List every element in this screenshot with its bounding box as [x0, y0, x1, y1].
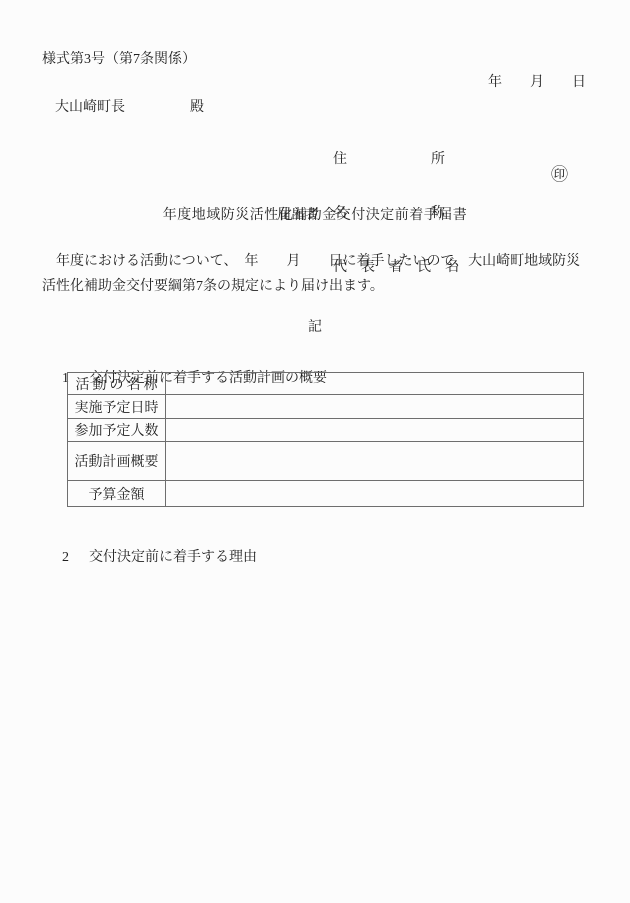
- row-label-activity-name: 活動の名称: [68, 373, 166, 395]
- addressee-honorific: 殿: [190, 100, 204, 115]
- table-row: 実施予定日時: [68, 395, 584, 419]
- row-value-plan-outline: [166, 442, 584, 481]
- seal-icon: ㊞: [551, 160, 568, 185]
- body-line-1: 年度における活動について、 年 月 日に着手したいので、大山崎町地域防災: [42, 249, 602, 274]
- table-row: 参加予定人数: [68, 419, 584, 442]
- body-line-2: 活性化補助金交付要綱第7条の規定により届け出ます。: [42, 274, 602, 299]
- row-value-budget-amount: [166, 481, 584, 507]
- declarer-address-label: 住 所: [333, 149, 459, 171]
- row-label-budget-amount: 予算金額: [68, 481, 166, 507]
- row-label-scheduled-datetime: 実施予定日時: [68, 395, 166, 419]
- section-2-text: 交付決定前に着手する理由: [89, 550, 257, 565]
- table-row: 活動の名称: [68, 373, 584, 395]
- addressee-line: 大山崎町長殿: [55, 96, 204, 116]
- document-page: 様式第3号（第7条関係） 年 月 日 大山崎町長殿 届出者 住 所 名 称 代 …: [0, 0, 630, 903]
- row-label-expected-participants: 参加予定人数: [68, 419, 166, 442]
- date-line: 年 月 日: [488, 71, 586, 91]
- row-label-plan-outline: 活動計画概要: [68, 442, 166, 481]
- form-number: 様式第3号（第7条関係）: [42, 48, 196, 68]
- table-row: 活動計画概要: [68, 442, 584, 481]
- record-marker: 記: [0, 316, 630, 336]
- page-title: 年度地域防災活性化補助金交付決定前着手届書: [0, 204, 630, 224]
- table-row: 予算金額: [68, 481, 584, 507]
- addressee-name: 大山崎町長: [55, 100, 125, 115]
- activity-table: 活動の名称 実施予定日時 参加予定人数 活動計画概要 予算金額: [67, 372, 584, 507]
- section-2-heading: 2交付決定前に着手する理由: [48, 530, 257, 582]
- row-value-scheduled-datetime: [166, 395, 584, 419]
- body-paragraph: 年度における活動について、 年 月 日に着手したいので、大山崎町地域防災 活性化…: [42, 249, 602, 299]
- row-value-activity-name: [166, 373, 584, 395]
- section-2-number: 2: [62, 550, 89, 566]
- row-value-expected-participants: [166, 419, 584, 442]
